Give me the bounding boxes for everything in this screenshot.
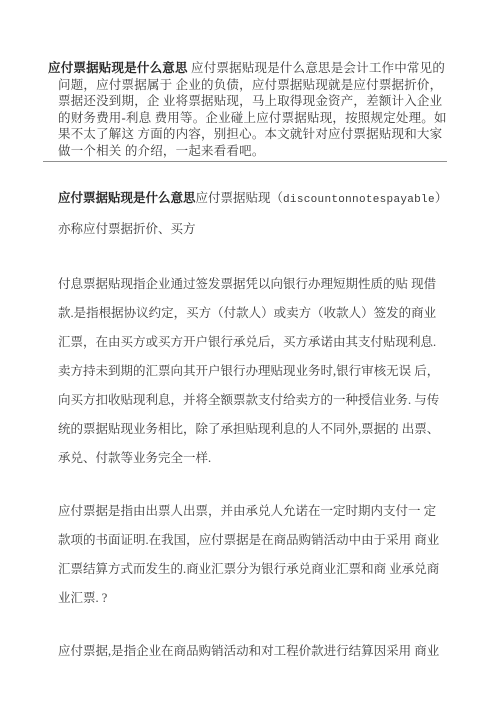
section-heading-english: discountonnotespayable [283, 194, 435, 206]
abstract-text: 应付票据贴现是什么意思是会计工作中常见的 问题，应付票据属于 企业的负债，应付票… [58, 61, 447, 158]
document-page: 应付票据贴现是什么意思 应付票据贴现是什么意思是会计工作中常见的 问题，应付票据… [0, 0, 500, 722]
section-heading-cn: 应付票据贴现（ [196, 191, 284, 205]
section-divider [43, 161, 447, 162]
section-heading-line2: 亦称应付票据折价、买方 [58, 215, 455, 244]
abstract-lead-bold: 应付票据贴现是什么意思 [48, 61, 188, 75]
body-paragraph: 付息票据贴现指企业通过签发票据凭以向银行办理短期性质的贴 现借 款.是指根据协议… [58, 270, 455, 473]
body-paragraph: 应付票据,是指企业在商品购销活动和对工程价款进行结算因采用 商业 [58, 637, 455, 666]
abstract-paragraph: 应付票据贴现是什么意思 应付票据贴现是什么意思是会计工作中常见的 问题，应付票据… [48, 60, 455, 159]
section-heading-close-paren: ） [435, 191, 448, 205]
section-heading-bold: 应付票据贴现是什么意思 [58, 191, 196, 205]
body-paragraph: 应付票据是指由出票人出票，并由承兑人允诺在一定时期内支付一 定 款项的书面证明.… [58, 497, 455, 613]
section-heading-line: 应付票据贴现是什么意思应付票据贴现（discountonnotespayable… [58, 184, 455, 215]
